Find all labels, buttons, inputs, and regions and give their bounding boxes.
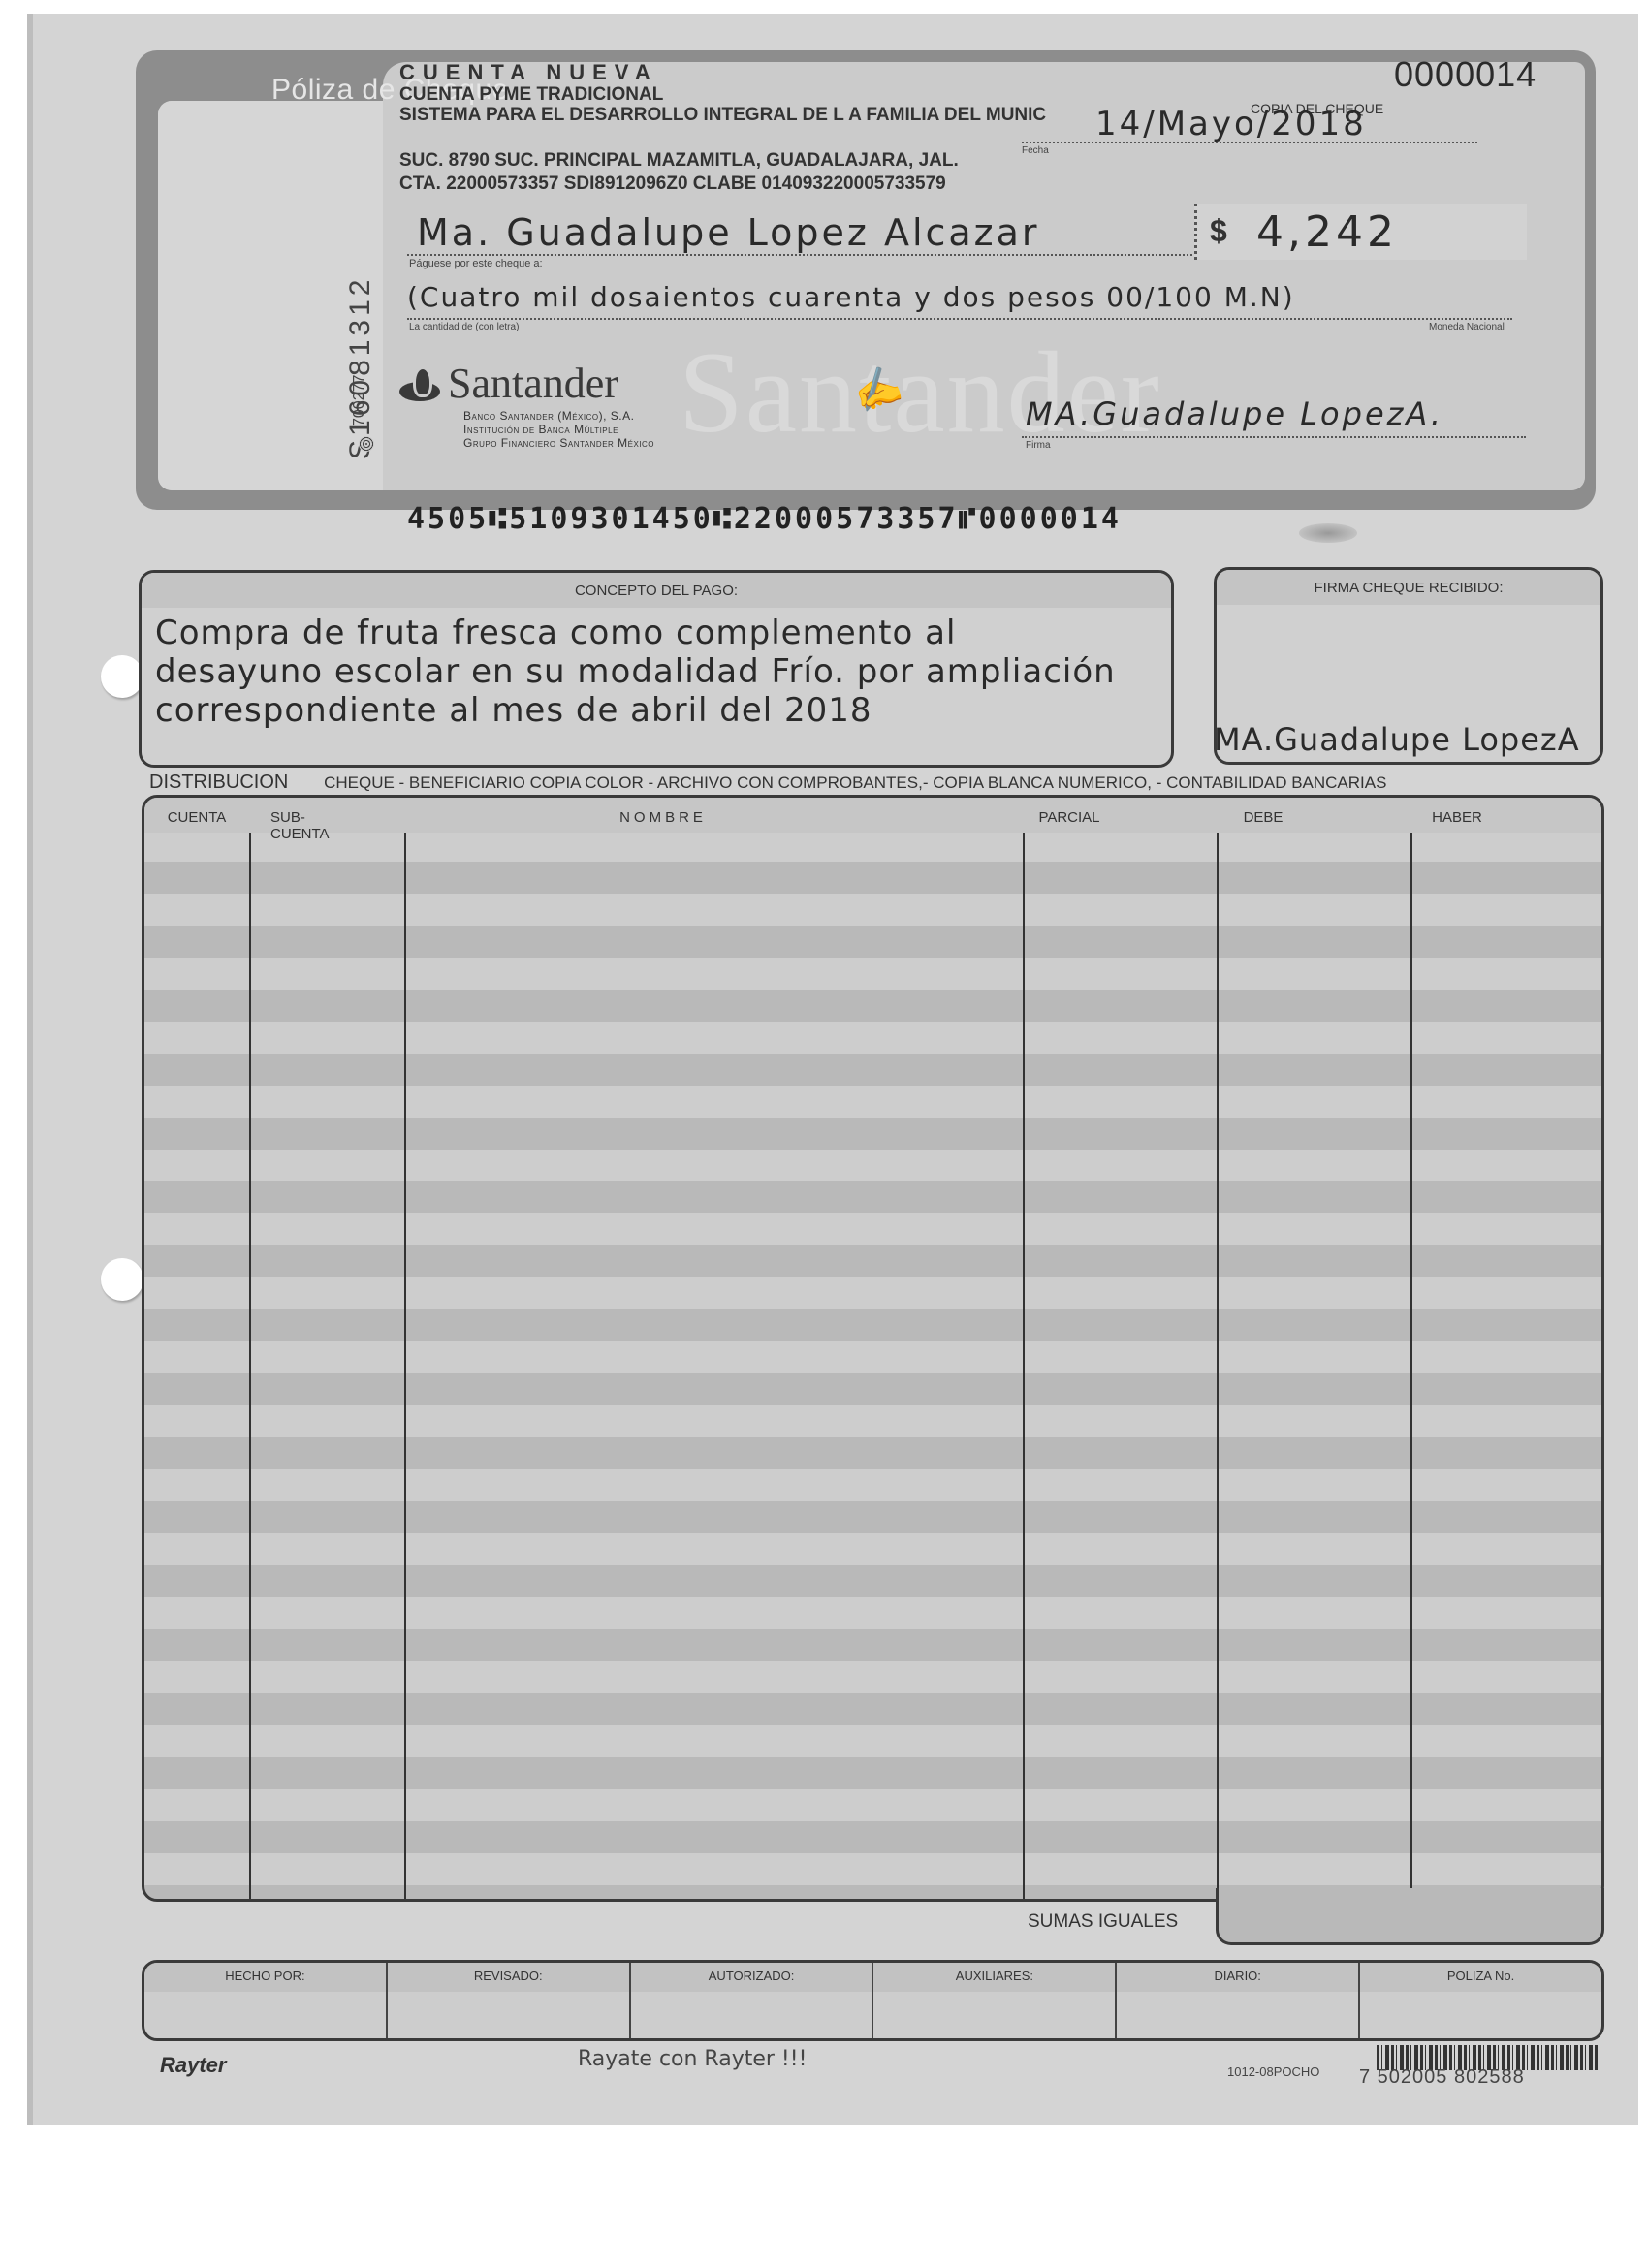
col-cuenta: CUENTA (144, 798, 249, 833)
field-label: AUTORIZADO: (631, 1963, 872, 1992)
sumas-iguales-label: SUMAS IGUALES (1028, 1911, 1178, 1933)
footer-slogan: Rayate con Rayter !!! (578, 2047, 807, 2071)
concepto-text: Compra de fruta fresca como complemento … (142, 608, 1171, 736)
firma-recibido-signature: MA.Guadalupe LopezA (1214, 721, 1580, 758)
sumas-iguales-box (1216, 1888, 1604, 1945)
field-hecho-por: HECHO POR: (144, 1963, 386, 2038)
approval-fields: HECHO POR: REVISADO: AUTORIZADO: AUXILIA… (142, 1960, 1604, 2041)
bank-legal-line: Grupo Financiero Santander México (463, 436, 654, 450)
bank-watermark: Santander (679, 326, 1161, 459)
cheque-serial-small: 700277 (351, 375, 368, 426)
payee-line (407, 254, 1192, 256)
amount-words-line (407, 318, 1512, 320)
barcode-number: 7 502005 802588 (1359, 2066, 1525, 2089)
field-label: AUXILIARES: (873, 1963, 1115, 1992)
issuer-block: CUENTA NUEVA CUENTA PYME TRADICIONAL SIS… (399, 62, 1046, 124)
col-haber: HABER (1360, 798, 1554, 833)
field-revisado: REVISADO: (386, 1963, 629, 2038)
payee-label: Páguese por este cheque a: (409, 258, 543, 269)
currency-label: Moneda Nacional (1429, 322, 1505, 332)
field-label: HECHO POR: (144, 1963, 386, 1992)
concepto-box: CONCEPTO DEL PAGO: Compra de fruta fresc… (139, 570, 1174, 768)
firma-recibido-label: FIRMA CHEQUE RECIBIDO: (1217, 570, 1600, 605)
ledger-header: CUENTA SUB-CUENTA NOMBRE PARCIAL DEBE HA… (144, 798, 1601, 833)
branch-address: SUC. 8790 SUC. PRINCIPAL MAZAMITLA, GUAD… (399, 149, 959, 173)
issuer-line3: SISTEMA PARA EL DESARROLLO INTEGRAL DE L… (399, 106, 1046, 124)
bank-legal-line: Banco Santander (México), S.A. (463, 409, 654, 423)
bank-legal-line: Institución de Banca Múltiple (463, 423, 654, 436)
cheque-serial: S16081312 (344, 276, 377, 460)
col-nombre: NOMBRE (354, 798, 972, 833)
field-auxiliares: AUXILIARES: (872, 1963, 1115, 2038)
flame-logo-icon (399, 366, 440, 401)
fingerprint-icon (359, 436, 374, 452)
column-divider (1410, 833, 1412, 1899)
concepto-label: CONCEPTO DEL PAGO: (142, 573, 1171, 608)
cheque-number: 0000014 (1394, 54, 1537, 95)
field-diario: DIARIO: (1115, 1963, 1358, 2038)
bank-logo: Santander (399, 359, 618, 408)
signature-handwritten: MA.Guadalupe LopezA. (1026, 395, 1443, 432)
column-divider (249, 833, 251, 1899)
form-code: 1012-08POCHO (1227, 2064, 1319, 2079)
column-divider (404, 833, 406, 1899)
bank-legal-text: Banco Santander (México), S.A. Instituci… (463, 409, 654, 450)
field-poliza-no: POLIZA No. (1358, 1963, 1601, 2038)
currency-symbol: $ (1210, 213, 1227, 249)
signature-label: Firma (1026, 440, 1051, 451)
amount-words-handwritten: (Cuatro mil dosaientos cuarenta y dos pe… (407, 281, 1295, 313)
issuer-line2: CUENTA PYME TRADICIONAL (399, 85, 1046, 104)
amount-handwritten: 4,242 (1256, 207, 1398, 257)
concepto-line: desayuno escolar en su modalidad Frío. p… (155, 652, 1157, 691)
bank-name: Santander (448, 359, 618, 408)
field-label: POLIZA No. (1360, 1963, 1601, 1992)
payee-handwritten: Ma. Guadalupe Lopez Alcazar (417, 211, 1040, 254)
punch-hole (101, 655, 143, 698)
field-autorizado: AUTORIZADO: (629, 1963, 872, 2038)
rayter-logo: Rayter (160, 2053, 226, 2078)
date-handwritten: 14/Mayo/2018 (1095, 105, 1367, 143)
ledger-table: CUENTA SUB-CUENTA NOMBRE PARCIAL DEBE HA… (142, 795, 1604, 1902)
issuer-line1: CUENTA NUEVA (399, 62, 1046, 83)
ink-smudge (1299, 523, 1357, 543)
distribucion-line: DISTRIBUCION CHEQUE - BENEFICIARIO COPIA… (149, 772, 1386, 794)
field-label: DIARIO: (1117, 1963, 1358, 1992)
concepto-line: correspondiente al mes de abril del 2018 (155, 691, 1157, 730)
col-debe: DEBE (1166, 798, 1360, 833)
col-parcial: PARCIAL (972, 798, 1166, 833)
date-label: Fecha (1022, 145, 1049, 156)
punch-hole (101, 1258, 143, 1301)
col-subcuenta: SUB-CUENTA (249, 798, 354, 833)
field-label: REVISADO: (388, 1963, 629, 1992)
column-divider (1023, 833, 1025, 1899)
column-divider (1217, 833, 1219, 1899)
concepto-line: Compra de fruta fresca como complemento … (155, 614, 1157, 652)
branch-block: SUC. 8790 SUC. PRINCIPAL MAZAMITLA, GUAD… (399, 149, 959, 196)
micr-line: 4505⑆5109301450⑆22000573357⑈0000014 (407, 502, 1122, 536)
date-line (1022, 142, 1477, 143)
distribucion-text: CHEQUE - BENEFICIARIO COPIA COLOR - ARCH… (324, 773, 1386, 792)
account-numbers: CTA. 22000573357 SDI8912096Z0 CLABE 0140… (399, 173, 959, 196)
amount-words-label: La cantidad de (con letra) (409, 322, 519, 332)
signature-line (1022, 436, 1526, 438)
distribucion-label: DISTRIBUCION (149, 772, 288, 793)
